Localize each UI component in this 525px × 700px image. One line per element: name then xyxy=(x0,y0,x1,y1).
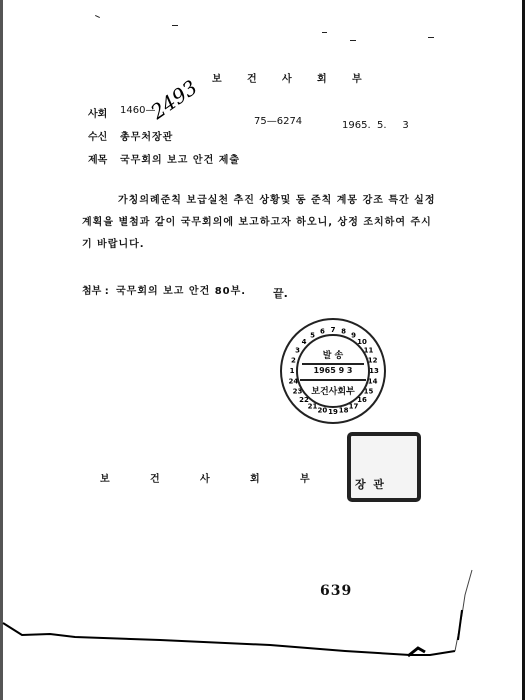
page-bottom-edge xyxy=(0,0,525,700)
